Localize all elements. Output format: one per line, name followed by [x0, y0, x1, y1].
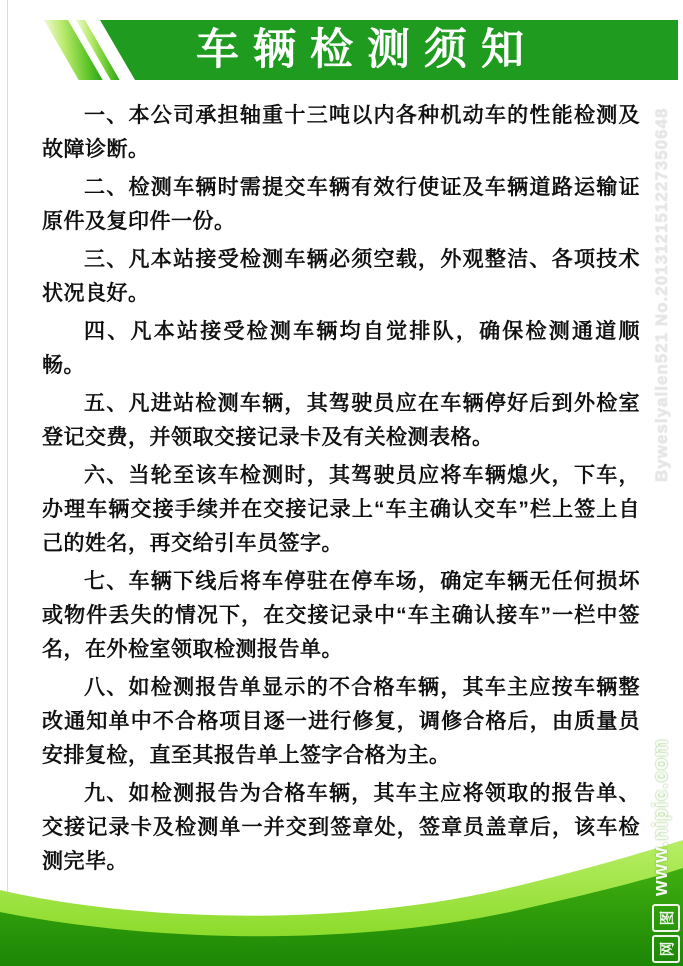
- watermark-id-text: Byweslyallen521 No.201312151227350648: [652, 0, 672, 482]
- bottom-wave-graphic: [0, 826, 683, 966]
- nipic-logo-char-tu: 图: [652, 904, 680, 932]
- poster: 车辆检测须知 一、本公司承担轴重十三吨以内各种机动车的性能检测及故障诊断。 二、…: [0, 0, 683, 966]
- notice-item-1: 一、本公司承担轴重十三吨以内各种机动车的性能检测及故障诊断。: [42, 99, 640, 167]
- notice-item-2: 二、检测车辆时需提交车辆有效行使证及车辆道路运输证原件及复印件一份。: [42, 171, 640, 239]
- nipic-logo: 图 网: [652, 904, 680, 963]
- notice-item-7: 七、车辆下线后将车停驻在停车场，确定车辆无任何损坏或物件丢失的情况下，在交接记录…: [42, 565, 640, 667]
- poster-left-edge-line: [7, 0, 8, 966]
- notice-item-6: 六、当轮至该车检测时，其驾驶员应将车辆熄火，下车，办理车辆交接手续并在交接记录上…: [42, 459, 640, 561]
- watermark-site-text: www.nipic.com: [650, 700, 673, 896]
- notice-body: 一、本公司承担轴重十三吨以内各种机动车的性能检测及故障诊断。 二、检测车辆时需提…: [42, 99, 640, 883]
- notice-item-3: 三、凡本站接受检测车辆必须空载，外观整洁、各项技术状况良好。: [42, 243, 640, 311]
- header-banner: 车辆检测须知: [0, 0, 683, 100]
- notice-item-4: 四、凡本站接受检测车辆均自觉排队，确保检测通道顺畅。: [42, 315, 640, 383]
- notice-item-5: 五、凡进站检测车辆，其驾驶员应在车辆停好后到外检室登记交费，并领取交接记录卡及有…: [42, 387, 640, 455]
- nipic-logo-char-wang: 网: [652, 935, 680, 963]
- page-title: 车辆检测须知: [100, 20, 620, 80]
- notice-item-8: 八、如检测报告单显示的不合格车辆，其车主应按车辆整改通知单中不合格项目逐一进行修…: [42, 671, 640, 773]
- vehicle-inspection-notice-poster: { "header": { "title": "车辆检测须知" }, "noti…: [0, 0, 683, 966]
